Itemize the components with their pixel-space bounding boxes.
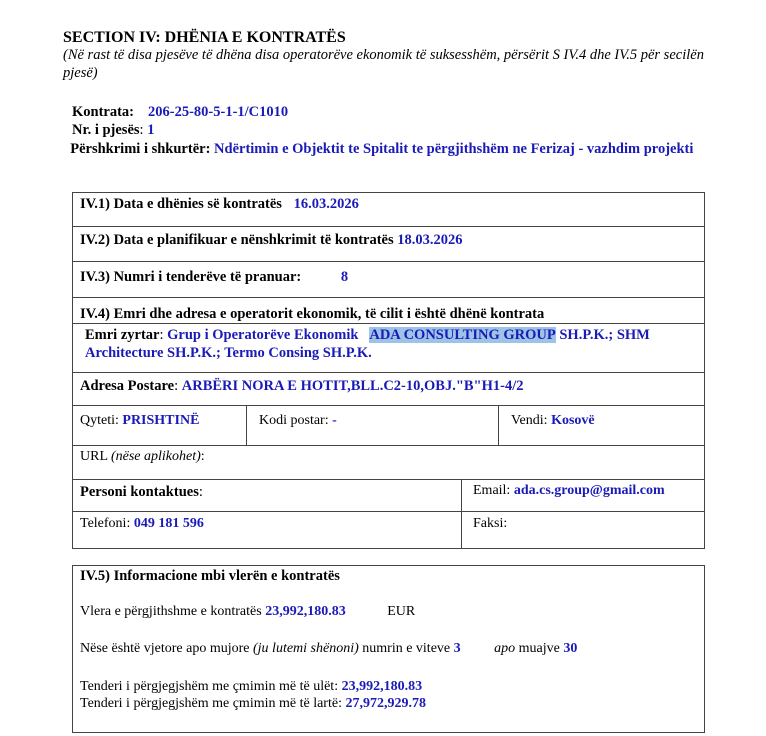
- total-value: 23,992,180.83: [265, 604, 346, 619]
- phone-label: Telefoni:: [80, 516, 130, 531]
- phone-cell: Telefoni: 049 181 596: [80, 516, 204, 532]
- section-subtitle: (Në rast të disa pjesëve të dhëna disa o…: [63, 46, 713, 82]
- lot-value: 1: [147, 122, 154, 138]
- total-value-row: Vlera e përgjithshme e kontratës 23,992,…: [80, 604, 415, 620]
- currency: EUR: [387, 604, 415, 619]
- official-name-prefix: Grup i Operatorëve Ekonomik: [167, 327, 358, 343]
- contract-value: 206-25-80-5-1-1/C1010: [148, 104, 288, 120]
- divider: [73, 261, 704, 262]
- contract-number-row: Kontrata:206-25-80-5-1-1/C1010: [72, 104, 288, 121]
- lowest-tender-label: Tenderi i përgjegjshëm me çmimin më të u…: [80, 679, 338, 694]
- duration-label: Nëse është vjetore apo mujore: [80, 641, 250, 656]
- highest-tender-value: 27,972,929.78: [345, 696, 426, 711]
- email-value[interactable]: ada.cs.group@gmail.com: [514, 483, 665, 498]
- tenders-count: 8: [341, 269, 348, 285]
- url-row: URL (nëse aplikohet):: [80, 449, 205, 465]
- duration-note: (ju lutemi shënoni): [253, 641, 359, 656]
- divider: [73, 226, 704, 227]
- url-colon: :: [201, 449, 205, 464]
- lot-number-row: Nr. i pjesës: 1: [72, 122, 154, 139]
- divider: [73, 511, 704, 512]
- url-label: URL: [80, 449, 107, 464]
- divider: [498, 405, 499, 446]
- divider: [246, 405, 247, 446]
- highest-tender-row: Tenderi i përgjegjshëm me çmimin më të l…: [80, 696, 426, 712]
- description-value: Ndërtimin e Objektit te Spitalit te përg…: [214, 141, 693, 157]
- years-value: 3: [454, 641, 461, 656]
- email-label: Email:: [473, 483, 510, 498]
- official-name-line2: Architecture SH.P.K.; Termo Consing SH.P…: [85, 345, 372, 361]
- divider: [73, 372, 704, 373]
- email-cell: Email: ada.cs.group@gmail.com: [473, 483, 665, 499]
- country-cell: Vendi: Kosovë: [511, 413, 595, 429]
- months-label: muajve: [519, 641, 560, 656]
- divider: [73, 297, 704, 298]
- or-label: apo: [494, 641, 515, 656]
- iv2-row: IV.2) Data e planifikuar e nënshkrimit t…: [80, 232, 463, 249]
- contact-person-label: Personi kontaktues: [80, 484, 199, 500]
- official-name-row: Emri zyrtar: Grup i Operatorëve Ekonomik…: [85, 326, 650, 362]
- iv3-row: IV.3) Numri i tenderëve të pranuar: 8: [80, 269, 348, 286]
- highlighted-company-name[interactable]: ADA CONSULTING GROUP: [369, 327, 555, 343]
- contact-person-colon: :: [199, 484, 203, 500]
- postal-code-label: Kodi postar:: [259, 413, 329, 428]
- postal-code-cell: Kodi postar: -: [259, 413, 337, 429]
- fax-cell: Faksi:: [473, 516, 507, 532]
- city-label: Qyteti:: [80, 413, 119, 428]
- divider: [73, 479, 704, 480]
- description-label: Përshkrimi i shkurtër:: [70, 141, 210, 157]
- lowest-tender-row: Tenderi i përgjegjshëm me çmimin më të u…: [80, 679, 422, 695]
- highest-tender-label: Tenderi i përgjegjshëm me çmimin më të l…: [80, 696, 342, 711]
- url-note: (nëse aplikohet): [111, 449, 201, 464]
- iv2-label: IV.2) Data e planifikuar e nënshkrimit t…: [80, 232, 394, 248]
- lot-colon: :: [140, 122, 144, 138]
- contact-person-cell: Personi kontaktues:: [80, 484, 203, 501]
- divider: [73, 323, 704, 324]
- total-value-label: Vlera e përgjithshme e kontratës: [80, 604, 262, 619]
- country-label: Vendi:: [511, 413, 548, 428]
- award-details-table: IV.1) Data e dhënies së kontratës 16.03.…: [72, 192, 705, 549]
- lowest-tender-value: 23,992,180.83: [342, 679, 423, 694]
- signing-date: 18.03.2026: [397, 232, 462, 248]
- city-value: PRISHTINË: [122, 413, 199, 428]
- official-name-label: Emri zyrtar: [85, 327, 159, 343]
- postal-code-value: -: [332, 413, 337, 428]
- award-date: 16.03.2026: [294, 196, 359, 212]
- divider: [73, 405, 704, 406]
- months-value: 30: [563, 641, 577, 656]
- iv4-label: IV.4) Emri dhe adresa e operatorit ekono…: [80, 306, 544, 323]
- fax-label: Faksi:: [473, 516, 507, 531]
- contract-label: Kontrata:: [72, 104, 134, 120]
- divider: [461, 479, 462, 549]
- city-cell: Qyteti: PRISHTINË: [80, 413, 199, 429]
- phone-value: 049 181 596: [134, 516, 204, 531]
- iv5-label: IV.5) Informacione mbi vlerën e kontratë…: [80, 568, 340, 585]
- section-title: SECTION IV: DHËNIA E KONTRATËS: [63, 29, 346, 47]
- divider: [73, 445, 704, 446]
- postal-address-label: Adresa Postare: [80, 378, 174, 394]
- duration-row: Nëse është vjetore apo mujore (ju lutemi…: [80, 641, 577, 657]
- official-name-suffix: SH.P.K.; SHM: [559, 327, 650, 343]
- contract-value-section: IV.5) Informacione mbi vlerën e kontratë…: [72, 565, 705, 733]
- lot-label: Nr. i pjesës: [72, 122, 140, 138]
- years-label: numrin e viteve: [362, 641, 450, 656]
- short-description-row: Përshkrimi i shkurtër: Ndërtimin e Objek…: [63, 140, 703, 158]
- iv1-label: IV.1) Data e dhënies së kontratës: [80, 196, 282, 212]
- country-value: Kosovë: [551, 413, 595, 428]
- iv1-row: IV.1) Data e dhënies së kontratës 16.03.…: [80, 196, 359, 213]
- postal-address-row: Adresa Postare: ARBËRI NORA E HOTIT,BLL.…: [80, 378, 524, 395]
- postal-address-value: ARBËRI NORA E HOTIT,BLL.C2-10,OBJ."B"H1-…: [182, 378, 524, 394]
- iv3-label: IV.3) Numri i tenderëve të pranuar:: [80, 269, 301, 285]
